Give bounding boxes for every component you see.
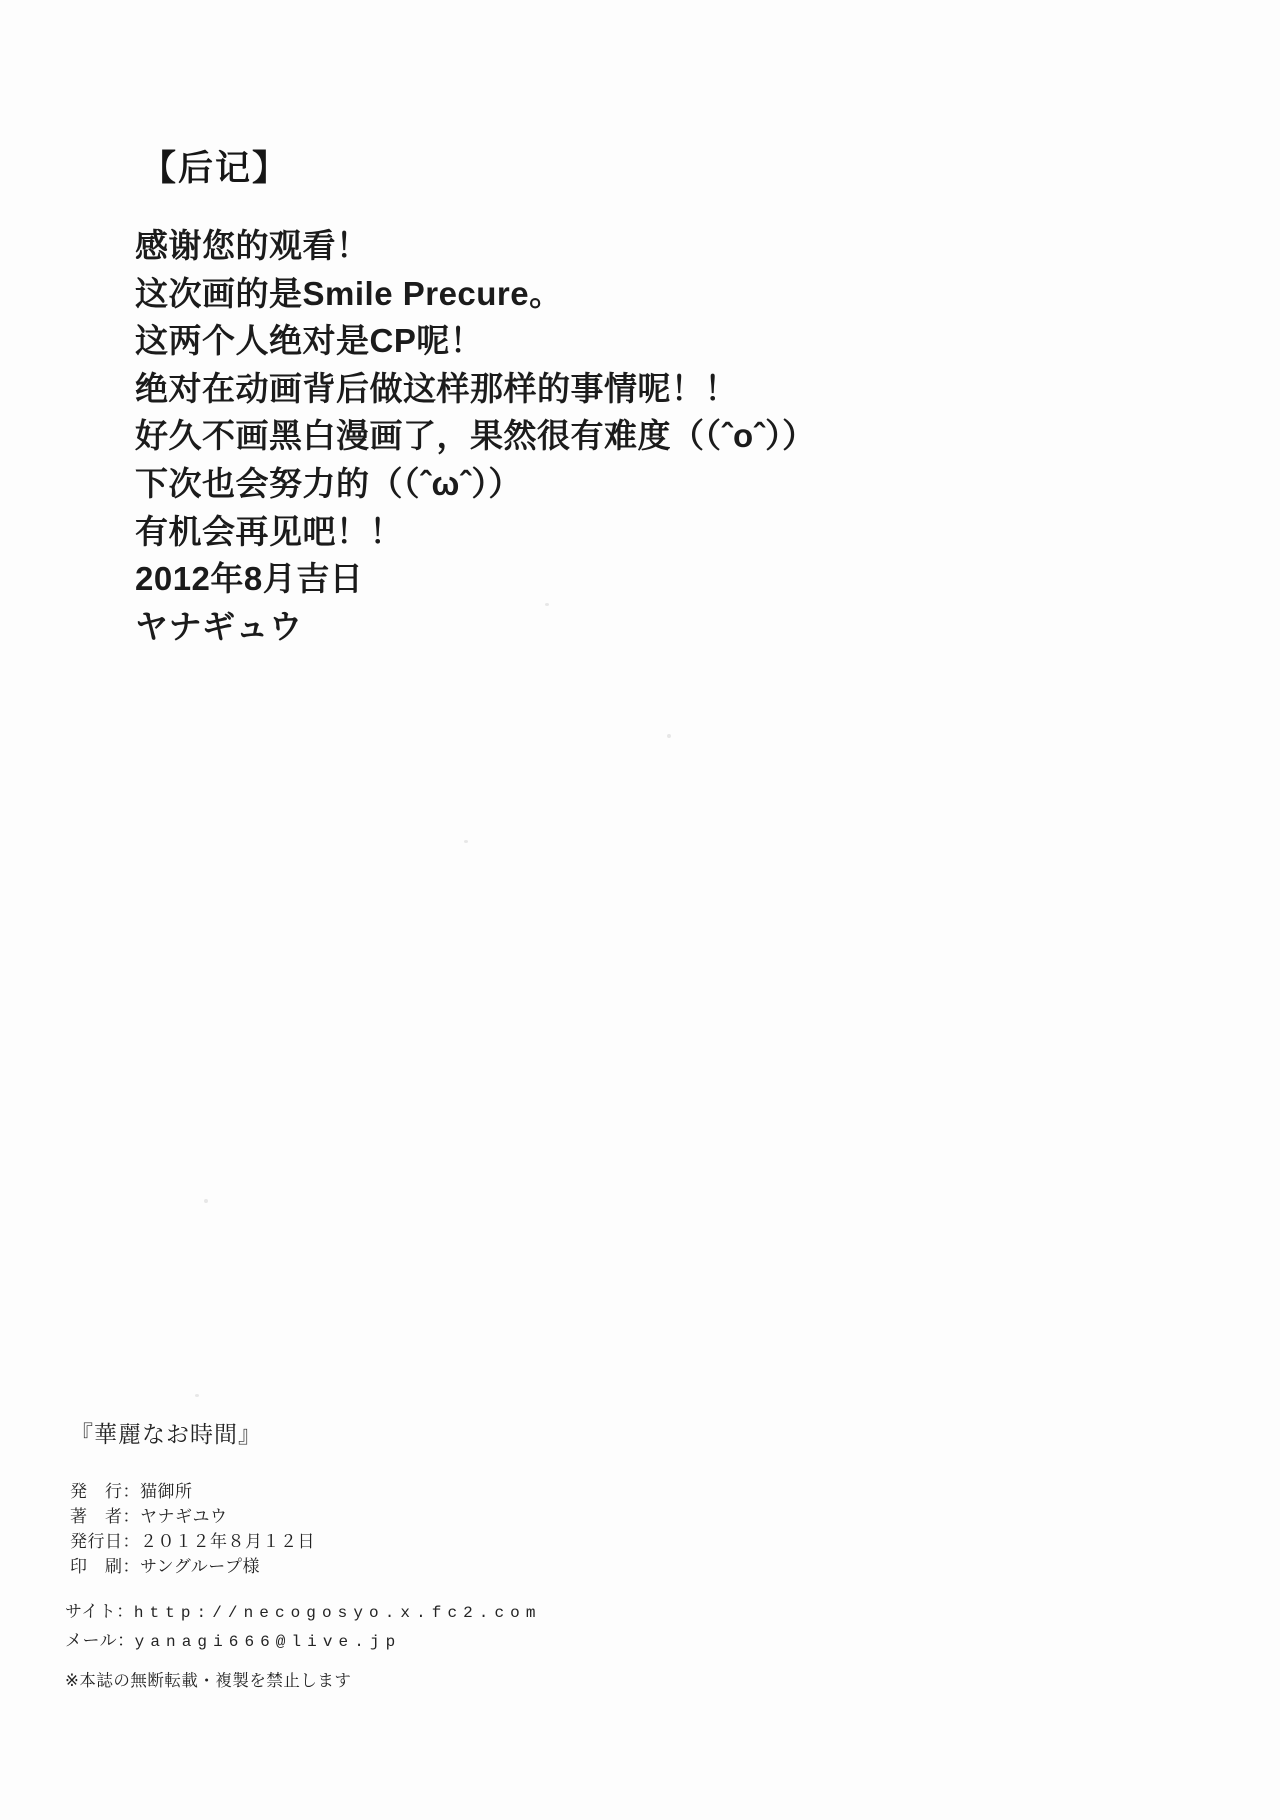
- contact-label: メール：: [65, 1631, 135, 1650]
- afterword-line-cp: 这两个人绝对是CP呢！: [135, 317, 816, 365]
- contact-entries: サイト：http://necogosyo.x.fc2.com メール：yanag…: [65, 1598, 542, 1656]
- scan-speck: [545, 603, 549, 606]
- afterword-line-next-time: 下次也会努力的（（ˆωˆ））: [135, 460, 816, 508]
- copyright-notice: ※本誌の無断転載・複製を禁止します: [65, 1669, 351, 1693]
- colophon-value: サングループ様: [140, 1557, 260, 1576]
- afterword-signature: ヤナギュウ: [135, 603, 816, 651]
- scan-speck: [667, 734, 671, 738]
- mail-address: yanagi666@live.jp: [135, 1633, 402, 1651]
- afterword-line-difficulty: 好久不画黑白漫画了，果然很有难度（（ˆoˆ））: [135, 412, 816, 460]
- colophon-entry-author: 著 者：ヤナギユウ: [70, 1504, 315, 1529]
- contact-label: サイト：: [65, 1602, 134, 1621]
- colophon-entry-printer: 印 刷：サングループ様: [70, 1554, 315, 1579]
- colophon-entries: 発 行：猫御所 著 者：ヤナギユウ 発行日：２０１２年８月１２日 印 刷：サング…: [70, 1479, 315, 1579]
- afterword-line-thanks: 感谢您的观看！: [135, 222, 816, 270]
- scan-speck: [204, 1199, 208, 1203]
- afterword-page: 【后记】 感谢您的观看！ 这次画的是Smile Precure。 这两个人绝对是…: [0, 0, 1280, 1820]
- colophon-label: 著 者：: [70, 1507, 140, 1526]
- scan-speck: [464, 840, 468, 843]
- colophon-entry-publish-date: 発行日：２０１２年８月１２日: [70, 1529, 315, 1554]
- colophon-value: ２０１２年８月１２日: [140, 1532, 315, 1551]
- afterword-title: 【后记】: [141, 147, 816, 191]
- afterword-line-goodbye: 有机会再见吧！！: [135, 508, 816, 556]
- afterword-line-subject: 这次画的是Smile Precure。: [135, 270, 816, 318]
- scan-speck: [195, 1394, 199, 1397]
- colophon-value: ヤナギユウ: [140, 1507, 228, 1526]
- colophon-entry-publisher: 発 行：猫御所: [70, 1479, 315, 1504]
- contact-entry-site: サイト：http://necogosyo.x.fc2.com: [65, 1598, 542, 1627]
- afterword-date: 2012年8月吉日: [135, 555, 816, 603]
- afterword-line-behind-scenes: 绝对在动画背后做这样那样的事情呢！！: [135, 365, 816, 413]
- site-url: http://necogosyo.x.fc2.com: [134, 1604, 542, 1622]
- contact-entry-mail: メール：yanagi666@live.jp: [65, 1627, 542, 1656]
- book-title: 『華麗なお時間』: [70, 1416, 262, 1449]
- colophon-label: 印 刷：: [70, 1557, 140, 1576]
- colophon-value: 猫御所: [140, 1482, 193, 1501]
- colophon-label: 発 行：: [70, 1482, 140, 1501]
- afterword-body: 感谢您的观看！ 这次画的是Smile Precure。 这两个人绝对是CP呢！ …: [135, 222, 816, 650]
- afterword-section: 【后记】 感谢您的观看！ 这次画的是Smile Precure。 这两个人绝对是…: [135, 147, 816, 650]
- colophon-label: 発行日：: [70, 1532, 140, 1551]
